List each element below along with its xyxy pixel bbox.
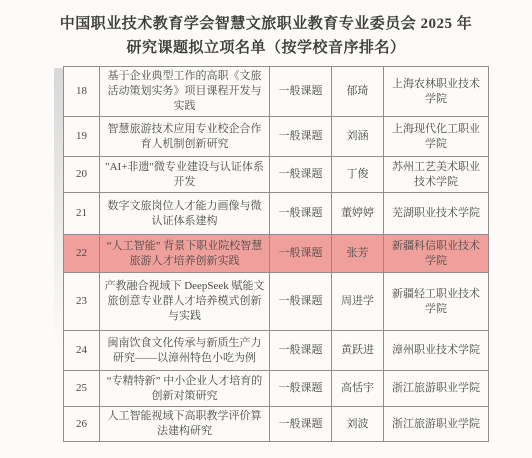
row-number-cell: 18 — [64, 67, 100, 117]
row-number-cell: 24 — [64, 331, 100, 371]
table-row: 25“专精特新” 中小企业人才培育的创新对策研究一般课题高恬宇浙江旅游职业学院 — [64, 371, 489, 407]
table-row: 24闽南饮食文化传承与新质生产力研究——以漳州特色小吃为例一般课题黄跃进漳州职业… — [64, 331, 489, 371]
topic-cell: 产教融合视域下 DeepSeek 赋能文旅创意专业群人才培养模式创新与实践 — [100, 273, 270, 331]
row-number-cell: 23 — [64, 273, 100, 331]
category-cell: 一般课题 — [270, 193, 332, 235]
table-row: 22“人工智能” 背景下职业院校智慧旅游人才培养创新实践一般课题张芳新疆科信职业… — [64, 235, 489, 273]
title-line-1: 中国职业技术教育学会智慧文旅职业教育专业委员会 2025 年 — [0, 12, 532, 36]
category-cell: 一般课题 — [270, 407, 332, 442]
topic-cell: 人工智能视域下高职教学评价算法建构研究 — [100, 407, 270, 442]
leader-name-cell: 刘波 — [332, 407, 384, 442]
topic-cell: 基于企业典型工作的高职《文旅活动策划实务》项目课程开发与实践 — [100, 67, 270, 117]
table-row: 19智慧旅游技术应用专业校企合作育人机制创新研究一般课题刘涵上海现代化工职业学院 — [64, 117, 489, 157]
table-row: 26人工智能视域下高职教学评价算法建构研究一般课题刘波浙江旅游职业学院 — [64, 407, 489, 442]
topic-cell: “人工智能” 背景下职业院校智慧旅游人才培养创新实践 — [100, 235, 270, 273]
leader-name-cell: 张芳 — [332, 235, 384, 273]
school-cell: 新疆科信职业技术学院 — [384, 235, 489, 273]
leader-name-cell: 黄跃进 — [332, 331, 384, 371]
projects-table-body: 18基于企业典型工作的高职《文旅活动策划实务》项目课程开发与实践一般课题郁琦上海… — [64, 67, 489, 442]
category-cell: 一般课题 — [270, 331, 332, 371]
row-number-cell: 26 — [64, 407, 100, 442]
topic-cell: 智慧旅游技术应用专业校企合作育人机制创新研究 — [100, 117, 270, 157]
table-row: 18基于企业典型工作的高职《文旅活动策划实务》项目课程开发与实践一般课题郁琦上海… — [64, 67, 489, 117]
school-cell: 芜湖职业技术学院 — [384, 193, 489, 235]
school-cell: 上海现代化工职业学院 — [384, 117, 489, 157]
topic-cell: 闽南饮食文化传承与新质生产力研究——以漳州特色小吃为例 — [100, 331, 270, 371]
school-cell: 漳州职业技术学院 — [384, 331, 489, 371]
category-cell: 一般课题 — [270, 157, 332, 193]
topic-cell: "AI+非遗"微专业建设与认证体系开发 — [100, 157, 270, 193]
table-row: 20"AI+非遗"微专业建设与认证体系开发一般课题丁俊苏州工艺美术职业技术学院 — [64, 157, 489, 193]
row-number-cell: 19 — [64, 117, 100, 157]
row-number-cell: 21 — [64, 193, 100, 235]
topic-cell: “专精特新” 中小企业人才培育的创新对策研究 — [100, 371, 270, 407]
leader-name-cell: 郁琦 — [332, 67, 384, 117]
category-cell: 一般课题 — [270, 273, 332, 331]
category-cell: 一般课题 — [270, 67, 332, 117]
leader-name-cell: 高恬宇 — [332, 371, 384, 407]
leader-name-cell: 丁俊 — [332, 157, 384, 193]
scan-edge-shadow — [54, 68, 63, 348]
school-cell: 新疆轻工职业技术学院 — [384, 273, 489, 331]
category-cell: 一般课题 — [270, 117, 332, 157]
document-page: 中国职业技术教育学会智慧文旅职业教育专业委员会 2025 年 研究课题拟立项名单… — [0, 0, 532, 458]
row-number-cell: 25 — [64, 371, 100, 407]
document-title: 中国职业技术教育学会智慧文旅职业教育专业委员会 2025 年 研究课题拟立项名单… — [0, 12, 532, 60]
category-cell: 一般课题 — [270, 235, 332, 273]
leader-name-cell: 周进学 — [332, 273, 384, 331]
table-row: 23产教融合视域下 DeepSeek 赋能文旅创意专业群人才培养模式创新与实践一… — [64, 273, 489, 331]
title-line-2: 研究课题拟立项名单（按学校音序排名） — [0, 36, 532, 60]
projects-table: 18基于企业典型工作的高职《文旅活动策划实务》项目课程开发与实践一般课题郁琦上海… — [63, 66, 489, 442]
row-number-cell: 22 — [64, 235, 100, 273]
school-cell: 浙江旅游职业学院 — [384, 371, 489, 407]
topic-cell: 数字文旅岗位人才能力画像与微认证体系建构 — [100, 193, 270, 235]
leader-name-cell: 刘涵 — [332, 117, 384, 157]
school-cell: 上海农林职业技术学院 — [384, 67, 489, 117]
school-cell: 浙江旅游职业学院 — [384, 407, 489, 442]
category-cell: 一般课题 — [270, 371, 332, 407]
leader-name-cell: 董婷婷 — [332, 193, 384, 235]
school-cell: 苏州工艺美术职业技术学院 — [384, 157, 489, 193]
row-number-cell: 20 — [64, 157, 100, 193]
table-row: 21数字文旅岗位人才能力画像与微认证体系建构一般课题董婷婷芜湖职业技术学院 — [64, 193, 489, 235]
